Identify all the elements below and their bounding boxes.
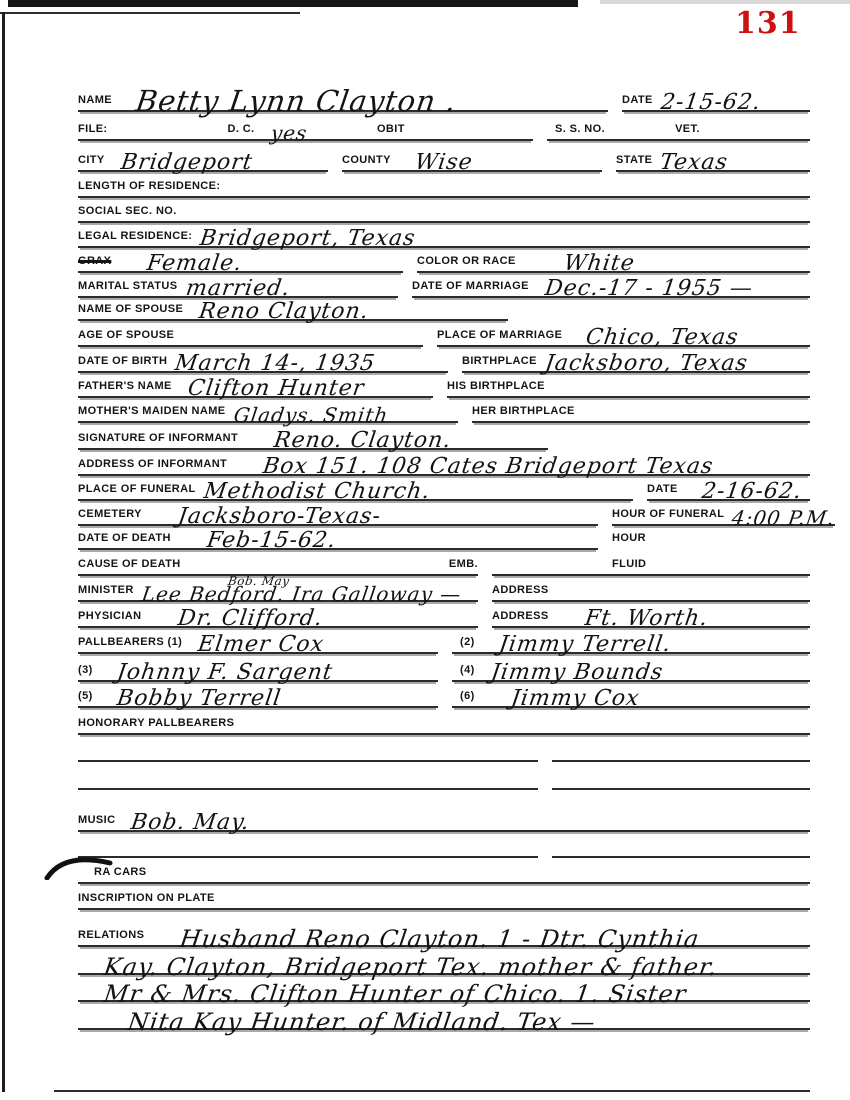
legal-residence-value: Bridgeport, Texas	[199, 228, 417, 250]
county-label: COUNTY	[342, 154, 391, 170]
date-value: 2-15-62.	[659, 92, 762, 114]
pallbearer1-field: PALLBEARERS (1) Elmer Cox	[78, 634, 438, 654]
scan-top-edge-bar	[8, 0, 578, 7]
row-minister: MINISTER Lee Bedford. Ira Galloway — Bob…	[78, 576, 810, 602]
row-cemetery: CEMETERY Jacksboro-Texas- HOUR OF FUNERA…	[78, 501, 810, 526]
fluid-field: FLUID	[492, 558, 810, 576]
date-field: DATE 2-15-62.	[622, 92, 810, 112]
minister-label: MINISTER	[78, 584, 134, 600]
name-of-spouse-label: NAME OF SPOUSE	[78, 303, 183, 319]
date-of-birth-label: DATE OF BIRTH	[78, 355, 167, 371]
pallbearer3-field: (3) Johnny F. Sargent	[78, 662, 438, 682]
row-honorary-pallbearers: HONORARY PALLBEARERS	[78, 708, 810, 735]
row-cause-of-death: CAUSE OF DEATH EMB. FLUID	[78, 550, 810, 576]
music-label: MUSIC	[78, 814, 115, 830]
row-address-informant: ADDRESS OF INFORMANT Box 151. 108 Cates …	[78, 450, 810, 476]
row-bottom-blank	[78, 1066, 810, 1092]
fathers-name-value: Clifton Hunter	[186, 378, 365, 400]
legal-residence-field: LEGAL RESIDENCE: Bridgeport, Texas	[78, 228, 810, 248]
date-of-marriage-value: Dec.-17 - 1955 —	[543, 278, 754, 300]
place-of-funeral-field: PLACE OF FUNERAL Methodist Church.	[78, 481, 633, 501]
address-of-informant-field: ADDRESS OF INFORMANT Box 151. 108 Cates …	[78, 456, 810, 476]
signature-of-informant-value: Reno. Clayton.	[273, 430, 453, 452]
row-age-spouse: AGE OF SPOUSE PLACE OF MARRIAGE Chico, T…	[78, 321, 810, 347]
sex-value: Female.	[146, 253, 244, 275]
inscription-on-plate-field: INSCRIPTION ON PLATE	[78, 892, 810, 910]
age-of-spouse-label: AGE OF SPOUSE	[78, 329, 174, 345]
physician-address-field: ADDRESS Ft. Worth.	[492, 608, 810, 628]
legal-residence-label: LEGAL RESIDENCE:	[78, 230, 192, 246]
cemetery-label: CEMETERY	[78, 508, 142, 524]
color-or-race-field: COLOR OR RACE White	[417, 253, 810, 273]
dc-value: yes	[269, 123, 308, 143]
row-name-date: NAME Betty Lynn Clayton . DATE 2-15-62.	[78, 86, 810, 112]
city-value: Bridgeport	[119, 152, 254, 174]
signature-of-informant-field: SIGNATURE OF INFORMANT Reno. Clayton.	[78, 430, 548, 450]
row-blank-1	[78, 735, 810, 762]
sex-label: GRAX	[78, 255, 111, 271]
pallbearer4-field: (4) Jimmy Bounds	[452, 662, 810, 682]
his-birthplace-field: HIS BIRTHPLACE	[447, 380, 810, 398]
scan-top-edge-bar-right	[600, 0, 850, 4]
row-relations-4: Nita Kay Hunter. of Midland. Tex —	[78, 1002, 810, 1030]
row-legal-residence: LEGAL RESIDENCE: Bridgeport, Texas	[78, 223, 810, 248]
address-of-informant-label: ADDRESS OF INFORMANT	[78, 458, 227, 474]
state-label: STATE	[616, 154, 652, 170]
length-of-residence-field: LENGTH OF RESIDENCE:	[78, 180, 810, 198]
row-signature-informant: SIGNATURE OF INFORMANT Reno. Clayton.	[78, 423, 810, 450]
hour-field: HOUR	[612, 532, 810, 550]
page-number: 131	[735, 6, 801, 41]
mothers-maiden-name-value: Gladys. Smith	[232, 405, 389, 425]
cemetery-field: CEMETERY Jacksboro-Texas-	[78, 506, 598, 526]
age-of-spouse-field: AGE OF SPOUSE	[78, 329, 423, 347]
physician-field: PHYSICIAN Dr. Clifford.	[78, 608, 478, 628]
place-of-funeral-value: Methodist Church.	[202, 481, 431, 503]
row-length-of-residence: LENGTH OF RESIDENCE:	[78, 172, 810, 198]
ssno-label: S. S. NO.	[555, 123, 605, 139]
pallbearer3-label: (3)	[78, 664, 93, 680]
pallbearer1-label: PALLBEARERS (1)	[78, 636, 182, 652]
birthplace-label: BIRTHPLACE	[462, 355, 537, 371]
marital-status-value: married.	[184, 278, 291, 300]
row-blank-2	[78, 762, 810, 790]
row-pallbearers-3-4: (3) Johnny F. Sargent (4) Jimmy Bounds	[78, 654, 810, 682]
date-of-marriage-label: DATE OF MARRIAGE	[412, 280, 529, 296]
name-of-spouse-field: NAME OF SPOUSE Reno Clayton.	[78, 301, 508, 321]
hour-label: HOUR	[612, 532, 646, 548]
scan-left-edge-line	[2, 12, 5, 1092]
city-field: CITY Bridgeport	[78, 152, 328, 172]
hour-of-funeral-label: HOUR OF FUNERAL	[612, 508, 724, 524]
blank-line	[54, 1090, 810, 1092]
length-of-residence-label: LENGTH OF RESIDENCE:	[78, 180, 220, 196]
row-date-of-death: DATE OF DEATH Feb-15-62. HOUR	[78, 526, 810, 550]
marital-status-field: MARITAL STATUS married.	[78, 278, 398, 298]
fluid-label: FLUID	[612, 558, 646, 574]
minister-address-label: ADDRESS	[492, 584, 549, 600]
place-of-marriage-field: PLACE OF MARRIAGE Chico, Texas	[437, 327, 810, 347]
state-value: Texas	[659, 152, 730, 174]
row-place-of-funeral: PLACE OF FUNERAL Methodist Church. DATE …	[78, 476, 810, 501]
hour-of-funeral-field: HOUR OF FUNERAL 4:00 P.M.	[612, 508, 835, 526]
honorary-pallbearers-label: HONORARY PALLBEARERS	[78, 717, 234, 733]
row-mother: MOTHER'S MAIDEN NAME Gladys. Smith HER B…	[78, 398, 810, 423]
pallbearer5-value: Bobby Terrell	[115, 688, 282, 710]
row-blank-3	[78, 832, 810, 858]
vet-label: VET.	[675, 123, 700, 139]
physician-address-label: ADDRESS	[492, 610, 549, 626]
funeral-date-field: DATE 2-16-62.	[647, 481, 810, 501]
pallbearer6-field: (6) Jimmy Cox	[452, 688, 810, 708]
pallbearer5-field: (5) Bobby Terrell	[78, 688, 438, 708]
row-relations-1: RELATIONS Husband Reno Clayton. 1 - Dtr.…	[78, 910, 810, 947]
date-label: DATE	[622, 94, 653, 110]
row-dob: DATE OF BIRTH March 14-, 1935 BIRTHPLACE…	[78, 347, 810, 373]
marital-status-label: MARITAL STATUS	[78, 280, 178, 296]
row-file: FILE: D. C. yes OBIT S. S. NO. VET.	[78, 112, 810, 141]
inscription-on-plate-label: INSCRIPTION ON PLATE	[78, 892, 215, 908]
honorary-pallbearers-field: HONORARY PALLBEARERS	[78, 717, 810, 735]
row-marital: MARITAL STATUS married. DATE OF MARRIAGE…	[78, 273, 810, 298]
ssno-vet-field: S. S. NO. VET.	[547, 123, 810, 141]
relations-line-field: Mr & Mrs. Clifton Hunter of Chico. 1. Si…	[78, 982, 810, 1002]
color-or-race-label: COLOR OR RACE	[417, 255, 516, 271]
county-value: Wise	[413, 152, 474, 174]
his-birthplace-label: HIS BIRTHPLACE	[447, 380, 545, 396]
relations-line-4: Nita Kay Hunter. of Midland. Tex —	[126, 1010, 597, 1034]
physician-address-value: Ft. Worth.	[583, 608, 709, 630]
dc-label: D. C.	[228, 123, 255, 139]
row-pallbearers-1-2: PALLBEARERS (1) Elmer Cox (2) Jimmy Terr…	[78, 628, 810, 654]
sex-field: GRAX Female.	[78, 253, 403, 273]
her-birthplace-label: HER BIRTHPLACE	[472, 405, 575, 421]
place-of-marriage-label: PLACE OF MARRIAGE	[437, 329, 562, 345]
social-sec-no-label: SOCIAL SEC. NO.	[78, 205, 177, 221]
minister-value: Lee Bedford. Ira Galloway —	[140, 584, 462, 604]
row-city: CITY Bridgeport COUNTY Wise STATE Texas	[78, 141, 810, 172]
relations-line-field: Nita Kay Hunter. of Midland. Tex —	[78, 1010, 810, 1030]
funeral-record-form: NAME Betty Lynn Clayton . DATE 2-15-62. …	[78, 86, 810, 1092]
minister-note: Bob. May	[227, 575, 290, 587]
row-relations-2: Kay. Clayton, Bridgeport Tex. mother & f…	[78, 947, 810, 975]
row-extra-cars: RA CARS	[78, 858, 810, 884]
funeral-date-value: 2-16-62.	[700, 481, 803, 503]
pallbearer2-field: (2) Jimmy Terrell.	[452, 634, 810, 654]
cause-of-death-label: CAUSE OF DEATH	[78, 558, 181, 574]
birthplace-value: Jacksboro, Texas	[543, 353, 749, 375]
state-field: STATE Texas	[616, 152, 810, 172]
minister-address-field: ADDRESS	[492, 584, 810, 602]
relations-field: RELATIONS Husband Reno Clayton. 1 - Dtr.…	[78, 927, 810, 947]
relations-line-field: Kay. Clayton, Bridgeport Tex. mother & f…	[78, 955, 810, 975]
row-spouse: NAME OF SPOUSE Reno Clayton.	[78, 298, 810, 321]
scanned-funeral-record-page: { "page": { "number": "131" }, "colors":…	[0, 0, 850, 1100]
county-field: COUNTY Wise	[342, 152, 602, 172]
obit-label: OBIT	[377, 123, 405, 139]
place-of-funeral-label: PLACE OF FUNERAL	[78, 483, 196, 499]
funeral-date-label: DATE	[647, 483, 678, 499]
emb-label: EMB.	[449, 558, 478, 574]
row-sex-race: GRAX Female. COLOR OR RACE White	[78, 248, 810, 273]
address-of-informant-value: Box 151. 108 Cates Bridgeport Texas	[262, 456, 715, 478]
name-of-spouse-value: Reno Clayton.	[198, 301, 371, 323]
her-birthplace-field: HER BIRTHPLACE	[472, 405, 810, 423]
signature-of-informant-label: SIGNATURE OF INFORMANT	[78, 432, 238, 448]
extra-cars-field: RA CARS	[78, 866, 810, 884]
place-of-marriage-value: Chico, Texas	[585, 327, 740, 349]
date-of-death-value: Feb-15-62.	[205, 530, 337, 552]
hour-of-funeral-value: 4:00 P.M.	[731, 508, 837, 528]
pen-mark-arc	[44, 850, 116, 880]
physician-value: Dr. Clifford.	[176, 608, 324, 630]
row-father: FATHER'S NAME Clifton Hunter HIS BIRTHPL…	[78, 373, 810, 398]
relations-label: RELATIONS	[78, 929, 144, 945]
mothers-maiden-name-field: MOTHER'S MAIDEN NAME Gladys. Smith	[78, 405, 458, 423]
date-of-birth-field: DATE OF BIRTH March 14-, 1935	[78, 353, 448, 373]
birthplace-field: BIRTHPLACE Jacksboro, Texas	[462, 353, 810, 373]
music-field: MUSIC Bob. May.	[78, 812, 810, 832]
date-of-marriage-field: DATE OF MARRIAGE Dec.-17 - 1955 —	[412, 278, 810, 298]
pallbearer4-value: Jimmy Bounds	[489, 662, 664, 684]
pallbearer2-value: Jimmy Terrell.	[497, 634, 672, 656]
pallbearer4-label: (4)	[460, 664, 475, 680]
minister-field: MINISTER Lee Bedford. Ira Galloway — Bob…	[78, 584, 478, 602]
date-of-death-label: DATE OF DEATH	[78, 532, 171, 548]
city-label: CITY	[78, 154, 105, 170]
row-inscription: INSCRIPTION ON PLATE	[78, 884, 810, 910]
pallbearer5-label: (5)	[78, 690, 93, 706]
row-social-sec-no: SOCIAL SEC. NO.	[78, 198, 810, 223]
pallbearer1-value: Elmer Cox	[197, 634, 326, 656]
date-of-death-field: DATE OF DEATH Feb-15-62.	[78, 530, 598, 550]
music-value: Bob. May.	[130, 812, 252, 834]
pallbearer6-label: (6)	[460, 690, 475, 706]
cemetery-value: Jacksboro-Texas-	[176, 506, 382, 528]
scan-top-thin-line	[0, 12, 300, 14]
pallbearer2-label: (2)	[460, 636, 475, 652]
name-label: NAME	[78, 94, 112, 110]
physician-label: PHYSICIAN	[78, 610, 142, 626]
row-relations-3: Mr & Mrs. Clifton Hunter of Chico. 1. Si…	[78, 975, 810, 1002]
date-of-birth-value: March 14-, 1935	[174, 353, 377, 375]
name-field: NAME Betty Lynn Clayton .	[78, 87, 608, 112]
pallbearer3-value: Johnny F. Sargent	[115, 662, 334, 684]
row-pallbearers-5-6: (5) Bobby Terrell (6) Jimmy Cox	[78, 682, 810, 708]
row-music: MUSIC Bob. May.	[78, 790, 810, 832]
mothers-maiden-name-label: MOTHER'S MAIDEN NAME	[78, 405, 226, 421]
fathers-name-field: FATHER'S NAME Clifton Hunter	[78, 378, 433, 398]
row-physician: PHYSICIAN Dr. Clifford. ADDRESS Ft. Wort…	[78, 602, 810, 628]
file-label: FILE:	[78, 123, 108, 139]
fathers-name-label: FATHER'S NAME	[78, 380, 172, 396]
pallbearer6-value: Jimmy Cox	[509, 688, 641, 710]
color-or-race-value: White	[562, 253, 636, 275]
file-field: FILE: D. C. yes OBIT	[78, 123, 533, 141]
social-sec-no-field: SOCIAL SEC. NO.	[78, 205, 810, 223]
